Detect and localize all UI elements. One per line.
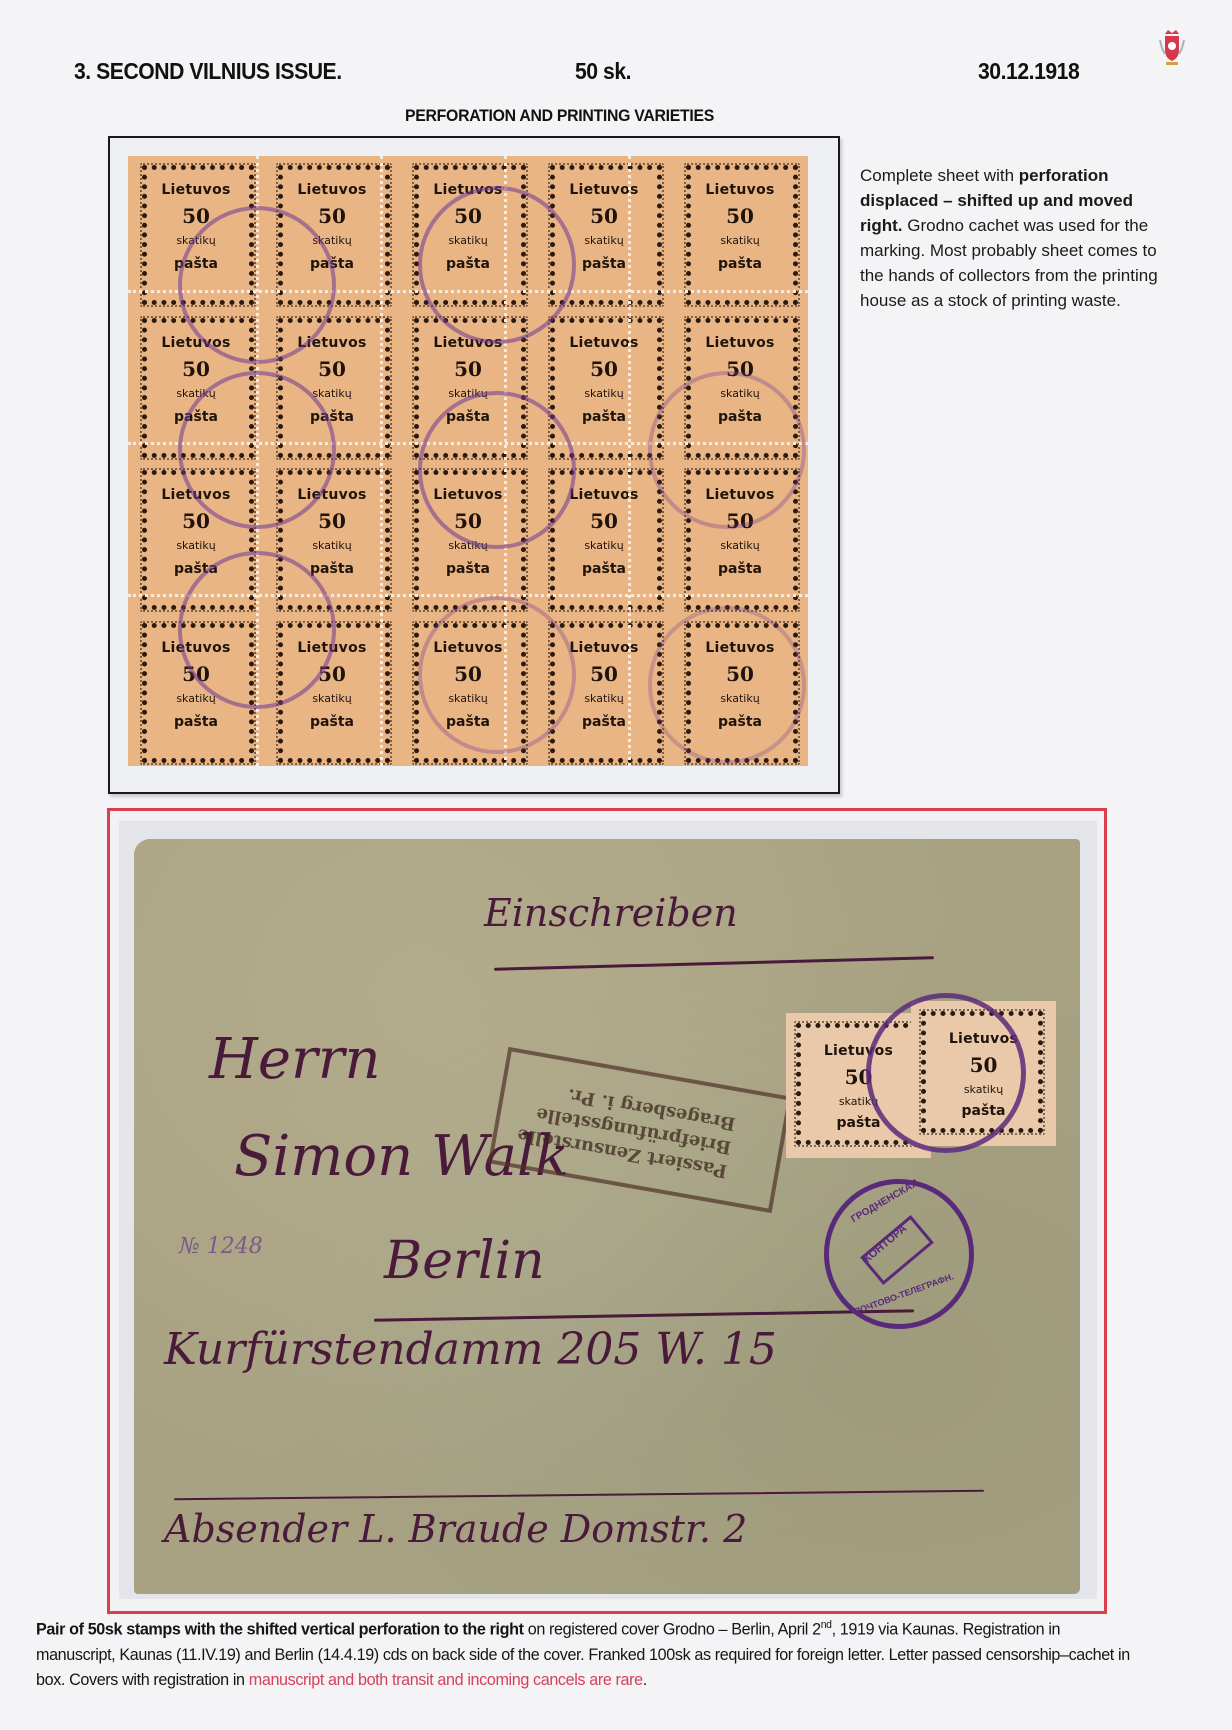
stamp-country: Lietuvos [672, 182, 808, 198]
sender-address: Absender L. Braude Domstr. 2 [164, 1507, 747, 1551]
stamp-currency: skatikų [128, 539, 264, 552]
stamp-value: 50 [536, 357, 672, 381]
cover-sleeve: Einschreiben Herrn Simon Walk Berlin Kur… [119, 821, 1097, 1599]
stamp-currency: skatikų [672, 539, 808, 552]
recipient-salutation: Herrn [209, 1027, 381, 1092]
stamp-currency: skatikų [672, 234, 808, 247]
stamp-currency: skatikų [536, 387, 672, 400]
underline [374, 1309, 914, 1321]
lithuanian-coat-of-arms-icon [1157, 28, 1187, 68]
cover-mount: Einschreiben Herrn Simon Walk Berlin Kur… [107, 808, 1107, 1614]
perforation-col-2 [380, 156, 383, 766]
recipient-street: Kurfürstendamm 205 W. 15 [164, 1324, 777, 1375]
stamp-label: pašta [672, 561, 808, 577]
underline [494, 956, 934, 971]
perforation-col-4 [628, 156, 631, 766]
grodno-cachet [648, 371, 806, 529]
grodno-cachet [648, 606, 806, 764]
page-title: 3. SECOND VILNIUS ISSUE. [74, 58, 342, 85]
grodno-cachet [178, 371, 336, 529]
stamp-value-heading: 50 sk. [575, 58, 631, 85]
recipient-city: Berlin [384, 1231, 545, 1291]
stamp-currency: skatikų [536, 539, 672, 552]
grodno-postmark-on-stamps [866, 993, 1026, 1153]
stamp-sheet: Lietuvos 50 skatikų pašta Lietuvos 50 sk… [128, 156, 808, 766]
registration-number: № 1248 [179, 1234, 263, 1259]
description-body: Grodno cachet was used for the marking. … [860, 216, 1158, 310]
underline [174, 1490, 984, 1500]
stamp-label: pašta [128, 714, 264, 730]
stamp-pair: Lietuvos 50 skatikų pašta Lietuvos 50 sk… [786, 1013, 1056, 1158]
stamp-country: Lietuvos [536, 335, 672, 351]
registration-label: Einschreiben [484, 891, 738, 935]
stamp-label: pašta [400, 561, 536, 577]
stamp-value: 50 [672, 204, 808, 228]
sheet-stamp: Lietuvos 50 skatikų pašta [672, 156, 808, 309]
grodno-cachet [418, 596, 576, 754]
grodno-cachet [418, 391, 576, 549]
cover-caption: Pair of 50sk stamps with the shifted ver… [36, 1613, 1138, 1692]
registered-cover: Einschreiben Herrn Simon Walk Berlin Kur… [134, 839, 1080, 1594]
grodno-cachet [418, 186, 576, 344]
stamp-country: Lietuvos [536, 182, 672, 198]
stamp-country: Lietuvos [672, 335, 808, 351]
issue-date: 30.12.1918 [978, 58, 1079, 85]
grodno-cachet [178, 206, 336, 364]
stamp-label: pašta [536, 561, 672, 577]
grodno-cachet [178, 551, 336, 709]
censorship-cachet-text: Passiert Zensurstelle Briefprüfungsstell… [515, 1075, 737, 1183]
description-intro: Complete sheet with [860, 166, 1014, 185]
sheet-description: Complete sheet with perforation displace… [860, 163, 1160, 313]
stamp-sheet-mount: Lietuvos 50 skatikų pašta Lietuvos 50 sk… [108, 136, 840, 794]
stamp-label: pašta [672, 256, 808, 272]
postmark-bottom-text: ПОЧТОВО-ТЕЛЕГРАФН. [852, 1271, 954, 1316]
caption-highlight: Pair of 50sk stamps with the shifted ver… [36, 1620, 524, 1639]
rarity-note: manuscript and both transit and incoming… [249, 1670, 643, 1689]
grodno-postmark: КОНТОРА ГРОДНЕНСКАЯ ПОЧТОВО-ТЕЛЕГРАФН. [824, 1179, 974, 1329]
section-subtitle: PERFORATION AND PRINTING VARIETIES [405, 106, 714, 126]
stamp-country: Lietuvos [128, 182, 264, 198]
stamp-value: 50 [400, 357, 536, 381]
